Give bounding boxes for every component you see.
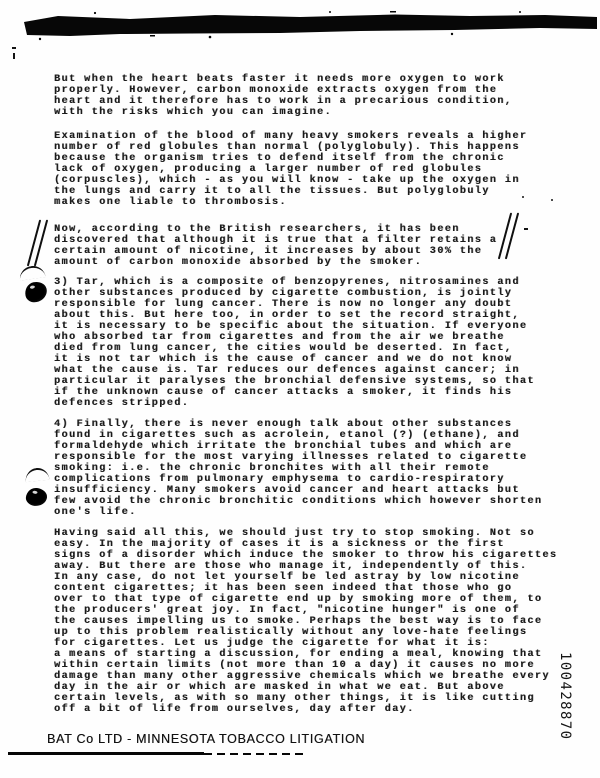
emphasis-slash-mark — [34, 220, 49, 267]
margin-emphasis-slashes-left — [33, 219, 49, 271]
paragraph-3-tar: 3) Tar, which is a composite of benzopyr… — [54, 277, 574, 409]
paragraph-blood-examination: Examination of the blood of many heavy s… — [54, 131, 574, 208]
margin-emphasis-slashes-right — [504, 212, 520, 262]
scan-speck — [12, 47, 16, 49]
scanned-document-page: But when the heart beats faster it needs… — [0, 0, 600, 778]
emphasis-slash-mark — [505, 213, 520, 260]
litigation-footer-stamp: BAT Co LTD - MINNESOTA TOBACCO LITIGATIO… — [47, 732, 365, 746]
ink-blob-mark — [25, 487, 48, 507]
paragraph-filter-carbon-monoxide: Now, according to the British researcher… — [54, 224, 574, 268]
scanner-edge-artifact — [0, 0, 600, 48]
paragraph-conclusion: Having said all this, we should just try… — [54, 528, 574, 715]
paragraph-4-finally: 4) Finally, there is never enough talk a… — [54, 419, 574, 518]
footer-rule — [8, 752, 204, 755]
document-body-text: But when the heart beats faster it needs… — [54, 74, 574, 715]
paragraph-heart-oxygen: But when the heart beats faster it needs… — [54, 74, 574, 118]
pen-arc-mark — [24, 467, 49, 482]
bates-number: 100428870 — [557, 652, 573, 740]
footer-rule-dashed-tail — [204, 753, 304, 755]
scan-speck — [13, 53, 15, 59]
ink-blob-mark — [23, 280, 49, 304]
